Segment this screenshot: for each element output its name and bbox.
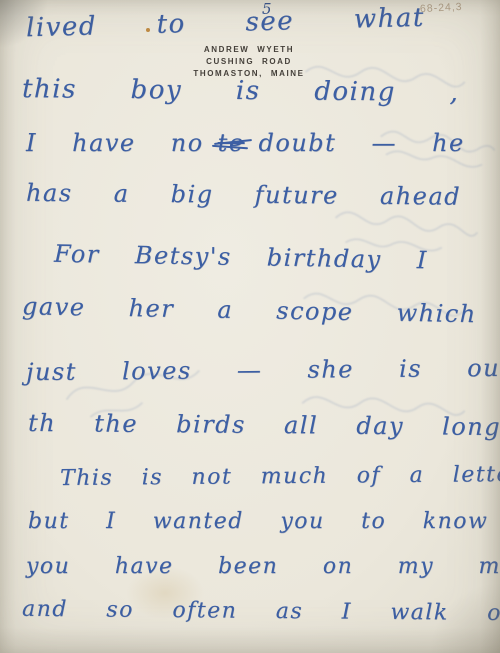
handwriting-line: this boy is doing , [22, 74, 460, 108]
handwriting-line: lived to see what [26, 3, 425, 43]
handwriting-line: just loves — she is out [26, 354, 500, 386]
catalog-number: 68-24,3 [420, 1, 463, 15]
handwriting-line: For Betsy's birthday I [54, 240, 428, 275]
crossed-out-word: te [218, 129, 245, 157]
letter-page: 68-24,3 5 ANDREW WYETH CUSHING ROAD THOM… [0, 0, 500, 653]
handwriting-line: I have notedoubt — he [26, 129, 465, 157]
handwriting-line: This is not much of a letter [60, 462, 500, 491]
handwriting-line: and so often as I walk over [22, 597, 500, 627]
handwriting-segment: doubt — he [259, 129, 465, 157]
ink-speck [146, 28, 150, 32]
handwriting-segment: I have no [26, 129, 204, 157]
handwriting-line: but I wanted you to know — [28, 509, 500, 534]
handwriting-line: has a big future ahead — [26, 179, 500, 211]
letterhead-name: ANDREW WYETH [166, 44, 332, 56]
inserted-number: 5 [262, 0, 272, 18]
letterhead-street: CUSHING ROAD [166, 56, 332, 68]
handwriting-line: gave her a scope which she [22, 292, 500, 329]
handwriting-line: you have been on my mind [26, 554, 500, 579]
handwriting-line: th the birds all day long, [28, 409, 500, 441]
